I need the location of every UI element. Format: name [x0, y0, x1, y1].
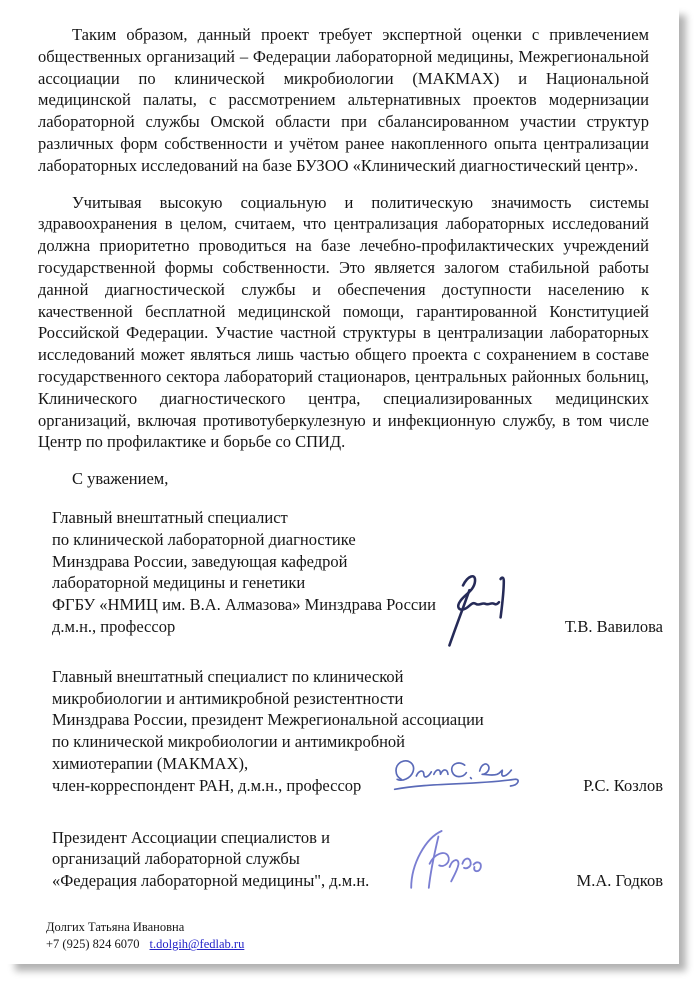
signatory-title-kozlov: Главный внештатный специалист по клиниче…: [52, 666, 649, 797]
signatory-block-kozlov: Главный внештатный специалист по клиниче…: [52, 666, 649, 797]
signatory-title-vavilova: Главный внештатный специалист по клиниче…: [52, 507, 649, 638]
signatory-name-kozlov: Р.С. Козлов: [583, 775, 663, 797]
contact-email-link[interactable]: t.dolgih@fedlab.ru: [150, 937, 245, 951]
contact-person-name: Долгих Татьяна Ивановна: [46, 920, 649, 936]
letter-page: Таким образом, данный проект требует экс…: [0, 0, 679, 964]
signatory-block-godkov: Президент Ассоциации специалистов и орга…: [52, 827, 649, 892]
contact-phone: +7 (925) 824 6070: [46, 937, 140, 951]
contact-footer: Долгих Татьяна Ивановна +7 (925) 824 607…: [46, 920, 649, 953]
signatory-title-godkov: Президент Ассоциации специалистов и орга…: [52, 827, 649, 892]
contact-phone-email-line: +7 (925) 824 6070t.dolgih@fedlab.ru: [46, 937, 649, 953]
paragraph-centralization-position: Учитывая высокую социальную и политическ…: [38, 192, 649, 454]
signatory-block-vavilova: Главный внештатный специалист по клиниче…: [52, 507, 649, 638]
signatory-name-godkov: М.А. Годков: [577, 870, 663, 892]
paragraph-project-assessment: Таким образом, данный проект требует экс…: [38, 24, 649, 177]
signatory-name-vavilova: Т.В. Вавилова: [565, 616, 663, 638]
salutation: С уважением,: [38, 468, 649, 490]
